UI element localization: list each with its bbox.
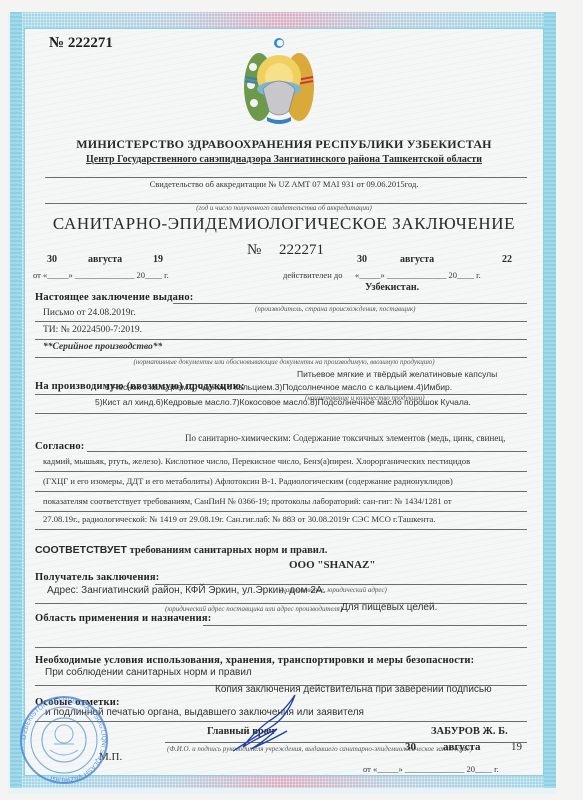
conformity-statement: СООТВЕТСТВУЕТ требованиям санитарных нор… xyxy=(35,544,327,556)
recipient-name: ООО "SHANAZ" xyxy=(289,559,375,571)
signature-year: 19 xyxy=(511,741,522,753)
conformity-rest: требованиям санитарных норм и правил. xyxy=(130,545,328,556)
valid-until-template: «_____» ______________ 20____ г. xyxy=(355,270,481,280)
conformity-bold: СООТВЕТСТВУЕТ xyxy=(35,544,127,556)
valid-month: августа xyxy=(400,254,434,265)
recipient-caption-2: (юридический адрес поставщика или адрес … xyxy=(165,605,342,613)
ministry-title: МИНИСТЕРСТВО ЗДРАВООХРАНЕНИЯ РЕСПУБЛИКИ … xyxy=(25,137,543,152)
valid-day: 30 xyxy=(357,254,367,265)
recipient-address: Адрес: Зангиатинский район, КФЙ Эркин, у… xyxy=(47,585,325,596)
valid-until-label: действителен до xyxy=(283,270,342,280)
issued-to-label: Настоящее заключение выдано: xyxy=(35,292,193,303)
certificate-body: № 222271 МИНИСТЕРСТВО ЗДРАВООХРАНЕНИЯ РЕ… xyxy=(24,28,544,776)
issued-to-line-3: **Серийное производство** xyxy=(43,342,162,352)
state-emblem-icon xyxy=(233,37,325,129)
signatory-name: ЗАБУРОВ Ж. Б. xyxy=(431,726,508,737)
according-line-2: кадмий, мышьяк, ртуть, железо). Кислотно… xyxy=(43,456,470,466)
number-value: 222271 xyxy=(279,242,324,259)
recipient-label: Получатель заключения: xyxy=(35,572,160,583)
certificate-number-top: № 222271 xyxy=(49,35,113,52)
scope-value: Для пищевых целей. xyxy=(341,602,437,613)
accreditation-caption: (год и число полученного свидетельства о… xyxy=(25,204,543,212)
border-right xyxy=(544,12,556,788)
signature-month: августа xyxy=(443,741,481,753)
issue-year: 19 xyxy=(153,254,163,265)
according-line-4: показателям соответствует требованиям, С… xyxy=(43,496,452,506)
signature-day: 30 xyxy=(405,741,416,753)
according-line-3: (ГХЦГ и его изомеры, ДДТ и его метаболит… xyxy=(43,476,453,486)
according-label: Согласно: xyxy=(35,441,84,452)
product-line-3: 5)Кист ал хинд.6)Кедровые масло.7)Кокосо… xyxy=(95,397,471,407)
number-label: № xyxy=(247,242,261,259)
sanepid-center-name: Центр Государственного санэпиднадзора За… xyxy=(25,154,543,165)
country: Узбекистан. xyxy=(365,282,419,293)
document-title: САНИТАРНО-ЭПИДЕМИОЛОГИЧЕСКОЕ ЗАКЛЮЧЕНИЕ xyxy=(25,214,543,234)
product-line-1: Питьевое мягкие и твёрдый желатиновые ка… xyxy=(297,369,497,379)
issued-to-caption: (производитель, страна происхождения, по… xyxy=(255,305,416,313)
valid-year: 22 xyxy=(502,254,512,265)
border-left xyxy=(10,12,22,788)
issued-to-caption-2: (нормативные документы или обосновывающи… xyxy=(25,358,543,366)
official-seal-stamp: O'ZBEKISTON RESPUBLIKASI SOG'LIQNI SAQLA… xyxy=(18,694,110,786)
signatory-caption: (Ф.И.О. и подпись руководителя учреждени… xyxy=(167,745,472,753)
issue-day: 30 xyxy=(47,254,57,265)
accreditation-text: Свидетельство об аккредитации № UZ AMT 0… xyxy=(25,179,543,189)
according-line-5: 27.08.19г., радиологической: № 1419 от 2… xyxy=(43,514,435,524)
conditions-label: Необходимые условия использования, хране… xyxy=(35,655,474,666)
scope-label: Область применения и назначения: xyxy=(35,613,212,624)
conditions-value: При соблюдении санитарных норм и правил xyxy=(45,667,252,678)
signature-date-template: от «_____» ______________ 20____ г. xyxy=(363,764,499,774)
issued-to-line-1: Письмо от 24.08.2019г. xyxy=(43,308,136,318)
according-line-1: По санитарно-химическим: Содержание токс… xyxy=(185,433,505,443)
issue-date-template: от «_____» ______________ 20____ г. xyxy=(33,270,169,280)
handwritten-signature xyxy=(225,687,315,757)
issued-to-line-2: ТИ: № 20224500-7:2019. xyxy=(43,325,142,335)
product-line-2: 1)Чеснок с кальцием.2)Чеснок с кальцием.… xyxy=(105,382,452,392)
issue-month: августа xyxy=(88,254,122,265)
